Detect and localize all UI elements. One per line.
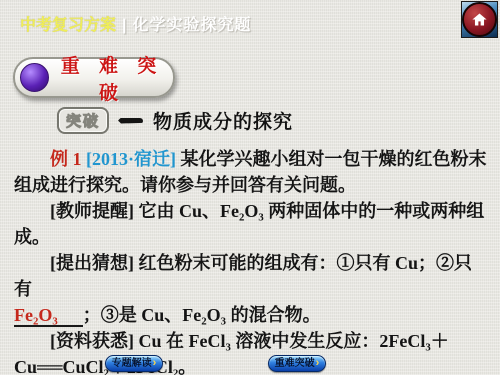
text-segment: [2013·宿迁] [86,149,176,169]
text-segment: [教师提醒] 它由 Cu、Fe₂O₃ 两种固体中的一种或两种组 [50,201,484,221]
section-badge: 突破 [57,107,109,134]
paragraph: [教师提醒] 它由 Cu、Fe₂O₃ 两种固体中的一种或两种组成。 [14,198,488,250]
header-divider: | [122,17,126,34]
nav-button-label: 重难突破 [275,359,315,369]
text-segment: 某化学兴趣小组对一包干燥的红色粉末 [176,149,487,169]
home-button[interactable] [461,1,498,38]
nav-button-label: 专题解读 [112,359,152,369]
text-segment: [提出猜想] 红色粉末可能的组成有：①只有 Cu；②只有 [14,253,472,299]
banner: 重 难 突 破 [13,57,175,98]
text-segment: 成。 [14,227,50,247]
text-segment: ；③是 Cu、Fe₂O₃ 的混合物。 [83,305,321,325]
header: 中考复习方案|化学实验探究题 [20,12,252,35]
chevron-right-icon: › [153,358,157,369]
paragraph: 例 1 [2013·宿迁] 某化学兴趣小组对一包干燥的红色粉末组成进行探究。请你… [14,146,488,198]
sphere-bullet-icon [20,63,49,92]
paragraph: [提出猜想] 红色粉末可能的组成有：①只有 Cu；②只有Fe₂O₃；③是 Cu、… [14,250,488,328]
section-heading: 突破 物质成分的探究 [57,107,293,134]
paragraph: [资料获悉] Cu 在 FeCl₃ 溶液中发生反应：2FeCl₃＋Cu══CuC… [14,328,488,375]
section-title: 物质成分的探究 [153,107,293,134]
header-brand: 中考复习方案 [20,17,116,34]
home-icon [462,2,497,37]
text-segment: 例 1 [50,149,86,169]
slide: 中考复习方案|化学实验探究题 重 难 突 破 突破 物质成分的探究 例 1 [2… [0,0,500,375]
page-title: 化学实验探究题 [133,17,252,34]
text-segment: [资料获悉] Cu 在 FeCl₃ 溶液中发生反应：2FeCl₃＋ [50,331,449,351]
body-text: 例 1 [2013·宿迁] 某化学兴趣小组对一包干燥的红色粉末组成进行探究。请你… [14,146,488,375]
nav-button-topic-overview[interactable]: 专题解读› [105,355,163,372]
chevron-right-icon: › [316,358,320,369]
banner-label: 重 难 突 破 [51,51,173,105]
dash-icon [118,118,143,124]
text-segment: 组成进行探究。请你参与并回答有关问题。 [14,175,356,195]
nav-button-key-breakthrough[interactable]: 重难突破› [268,355,326,372]
text-segment: Fe₂O₃ [14,305,83,327]
